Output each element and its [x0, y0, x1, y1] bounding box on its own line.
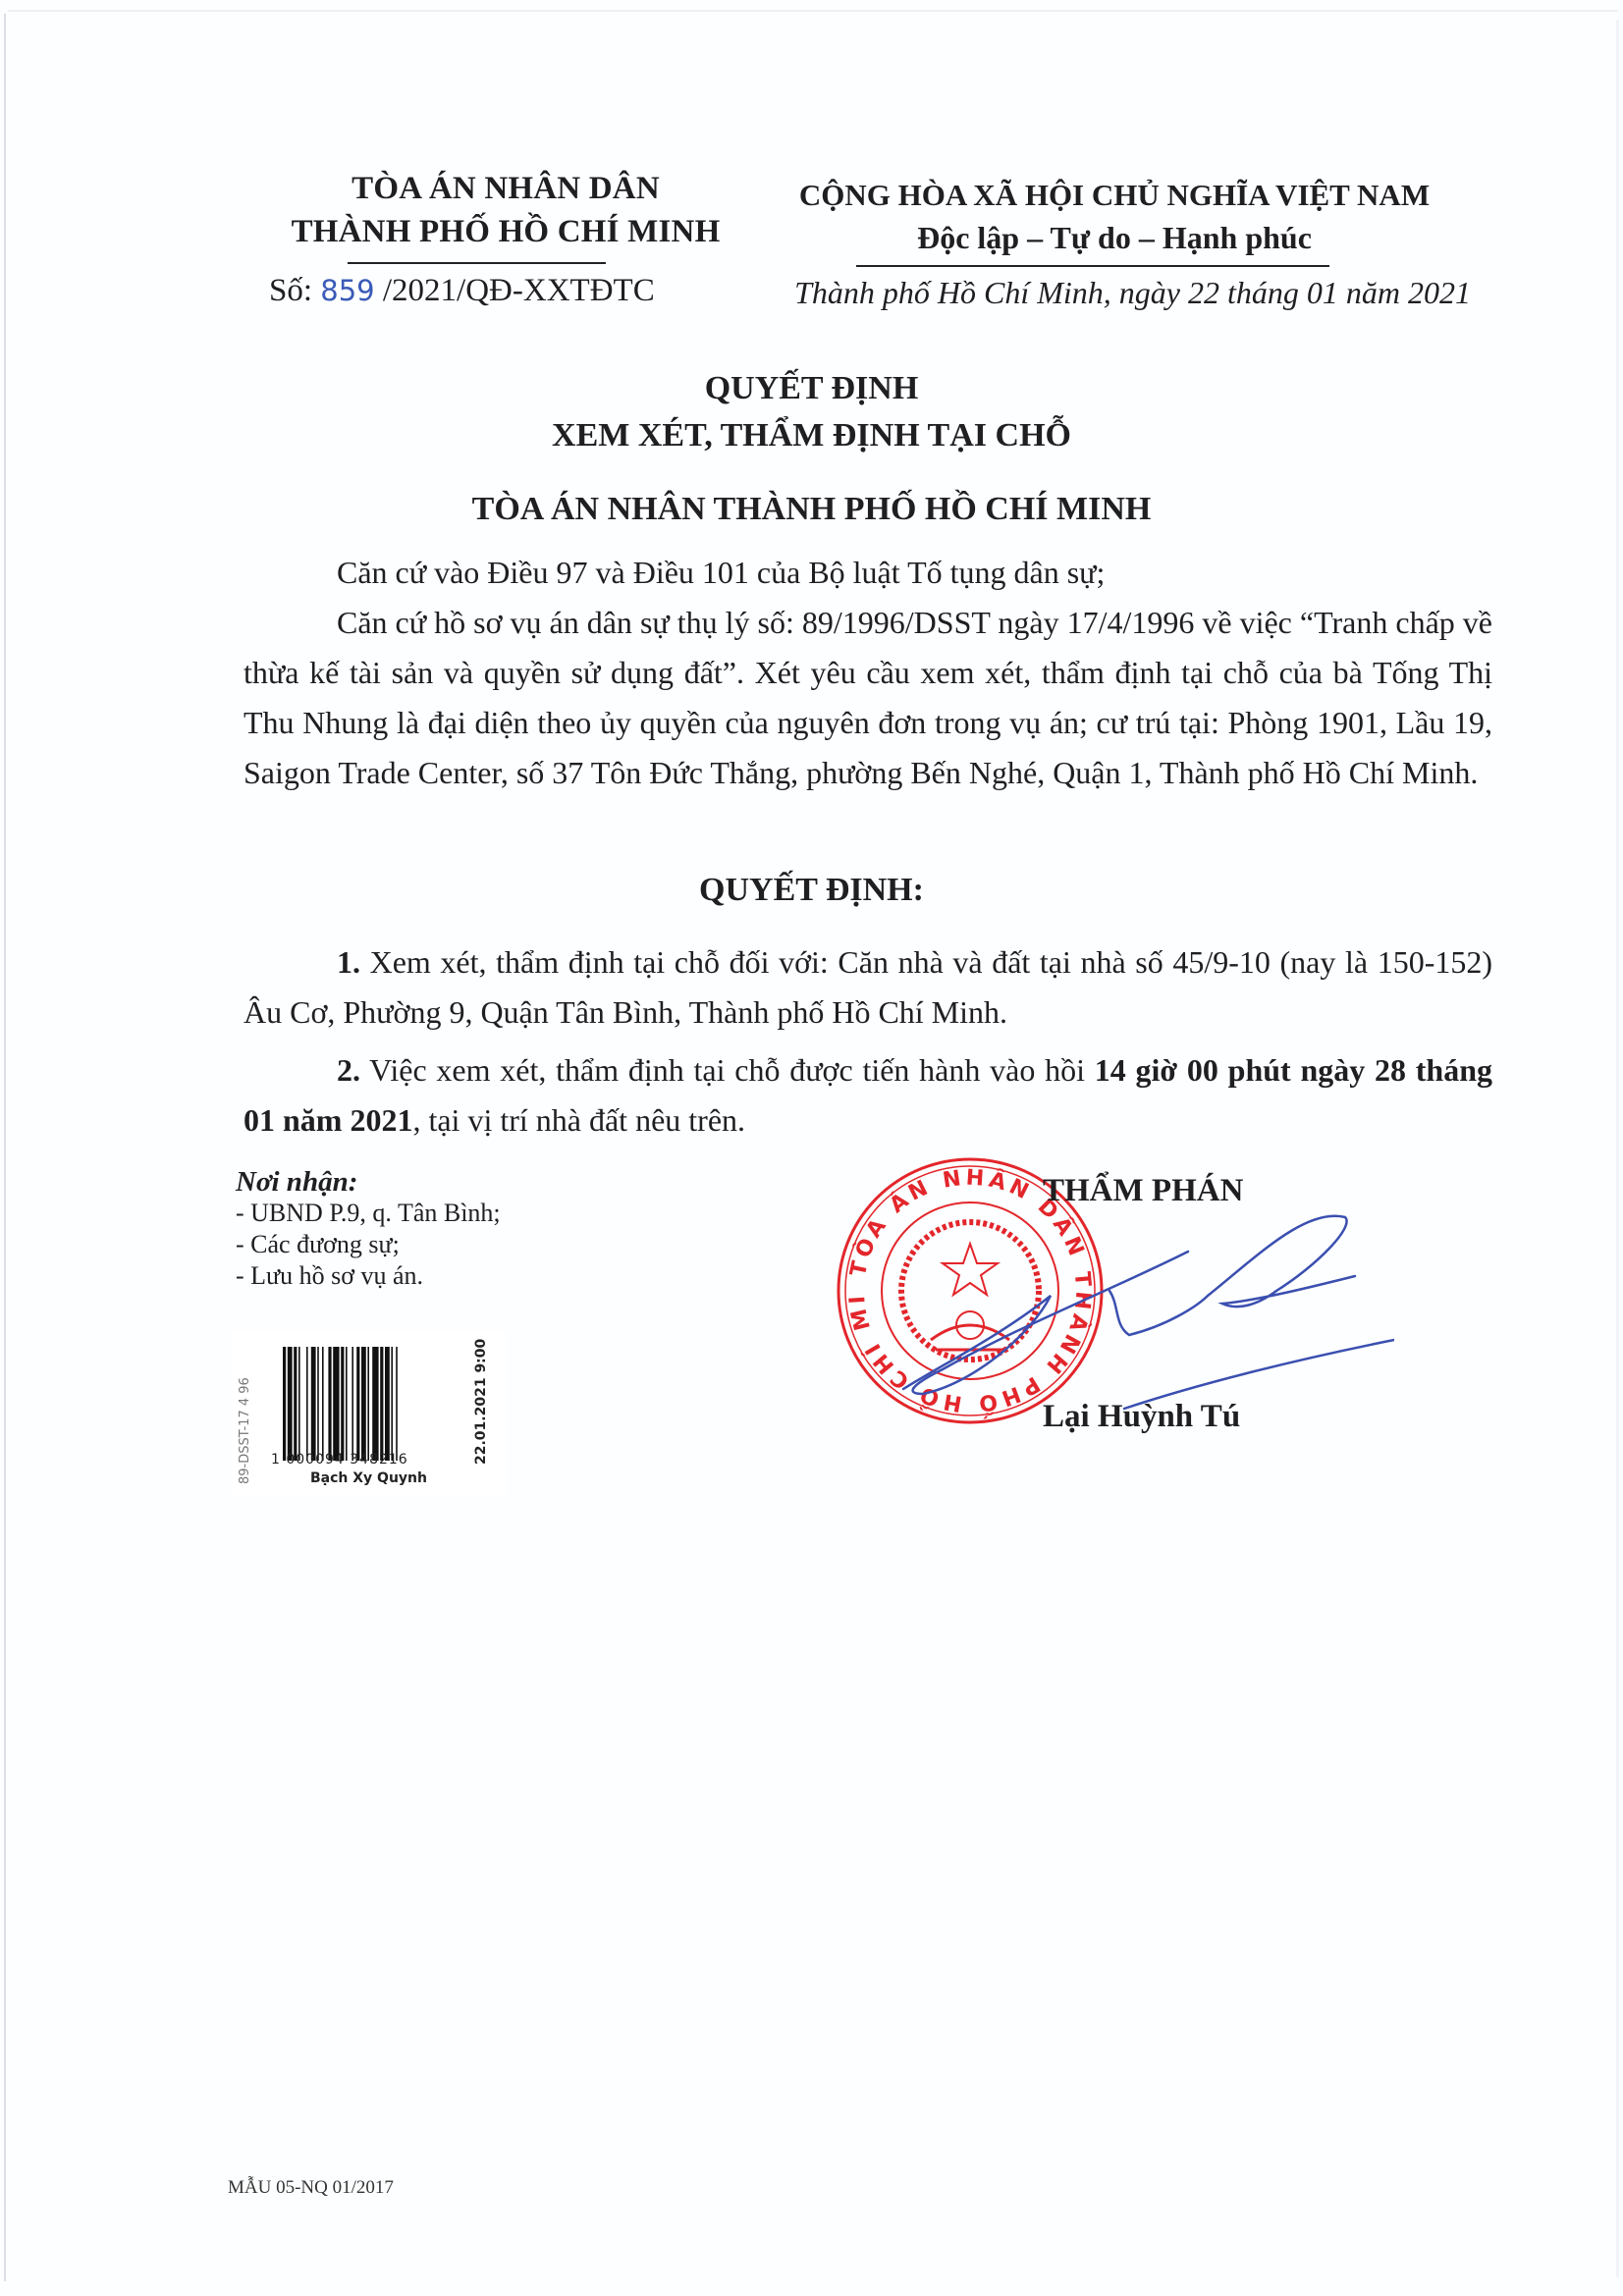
recipient-item: - Lưu hồ sơ vụ án.	[236, 1260, 501, 1292]
motto-underline	[856, 265, 1329, 267]
item-2-number: 2.	[337, 1052, 360, 1088]
national-motto: Độc lập – Tự do – Hạnh phúc	[766, 216, 1463, 259]
court-name-underline	[348, 262, 606, 264]
signer-name: Lại Huỳnh Tú	[1043, 1399, 1240, 1435]
basis-paragraph-1: Căn cứ vào Điều 97 và Điều 101 của Bộ lu…	[243, 548, 1492, 598]
item-2-text: Việc xem xét, thẩm định tại chỗ được tiế…	[360, 1052, 1095, 1088]
recipient-item: - UBND P.9, q. Tân Bình;	[236, 1198, 501, 1229]
doc-number-suffix: /2021/QĐ-XXTĐTC	[375, 273, 655, 308]
scan-edge-top	[8, 10, 1618, 12]
barcode-clerk-name: Bạch Xy Quynh	[310, 1470, 427, 1486]
barcode-sticker: 89-DSST-17 4 96 1 000094 348216 22.01.20…	[232, 1331, 507, 1496]
recipients-block: Nơi nhận: - UBND P.9, q. Tân Bình; - Các…	[236, 1166, 501, 1292]
decision-item-2: 2. Việc xem xét, thẩm định tại chỗ được …	[243, 1045, 1492, 1146]
doc-number-prefix: Số:	[269, 273, 320, 308]
handwritten-signature	[884, 1198, 1394, 1433]
issuing-court: TÒA ÁN NHÂN THÀNH PHỐ HỒ CHÍ MINH	[0, 491, 1623, 528]
document-title: QUYẾT ĐỊNH	[0, 370, 1623, 407]
barcode-case-code: 89-DSST-17 4 96	[238, 1347, 261, 1484]
recipients-heading: Nơi nhận:	[236, 1166, 501, 1198]
nation-name: CỘNG HÒA XÃ HỘI CHỦ NGHĨA VIỆT NAM	[766, 175, 1463, 216]
item-1-number: 1.	[337, 944, 360, 980]
basis-paragraph-2: Căn cứ hồ sơ vụ án dân sự thụ lý số: 89/…	[243, 598, 1492, 798]
national-motto-block: CỘNG HÒA XÃ HỘI CHỦ NGHĨA VIỆT NAM Độc l…	[766, 175, 1463, 259]
scan-edge-left	[4, 14, 6, 2281]
doc-number-handwritten: 859	[320, 274, 374, 307]
barcode-digits: 1 000094 348216	[271, 1452, 408, 1468]
barcode-icon	[283, 1347, 464, 1461]
form-code: MẪU 05-NQ 01/2017	[228, 2177, 394, 2199]
item-1-text: Xem xét, thẩm định tại chỗ đối với: Căn …	[243, 944, 1492, 1030]
court-name-line2: THÀNH PHỐ HỒ CHÍ MINH	[265, 210, 746, 253]
place-date: Thành phố Hồ Chí Minh, ngày 22 tháng 01 …	[725, 275, 1471, 311]
recipient-item: - Các đương sự;	[236, 1229, 501, 1260]
decision-heading: QUYẾT ĐỊNH:	[0, 872, 1623, 909]
scan-edge-right	[1616, 20, 1619, 2277]
legal-basis: Căn cứ vào Điều 97 và Điều 101 của Bộ lu…	[243, 548, 1492, 798]
item-2-tail: , tại vị trí nhà đất nêu trên.	[412, 1102, 745, 1138]
decision-item-1: 1. Xem xét, thẩm định tại chỗ đối với: C…	[243, 937, 1492, 1038]
document-subtitle: XEM XÉT, THẨM ĐỊNH TẠI CHỖ	[0, 417, 1623, 454]
court-name-block: TÒA ÁN NHÂN DÂN THÀNH PHỐ HỒ CHÍ MINH	[265, 167, 746, 253]
barcode-date: 22.01.2021 9:00	[471, 1347, 495, 1465]
document-number: Số: 859 /2021/QĐ-XXTĐTC	[269, 273, 655, 309]
decision-items: 1. Xem xét, thẩm định tại chỗ đối với: C…	[243, 937, 1492, 1153]
court-name-line1: TÒA ÁN NHÂN DÂN	[265, 167, 746, 210]
